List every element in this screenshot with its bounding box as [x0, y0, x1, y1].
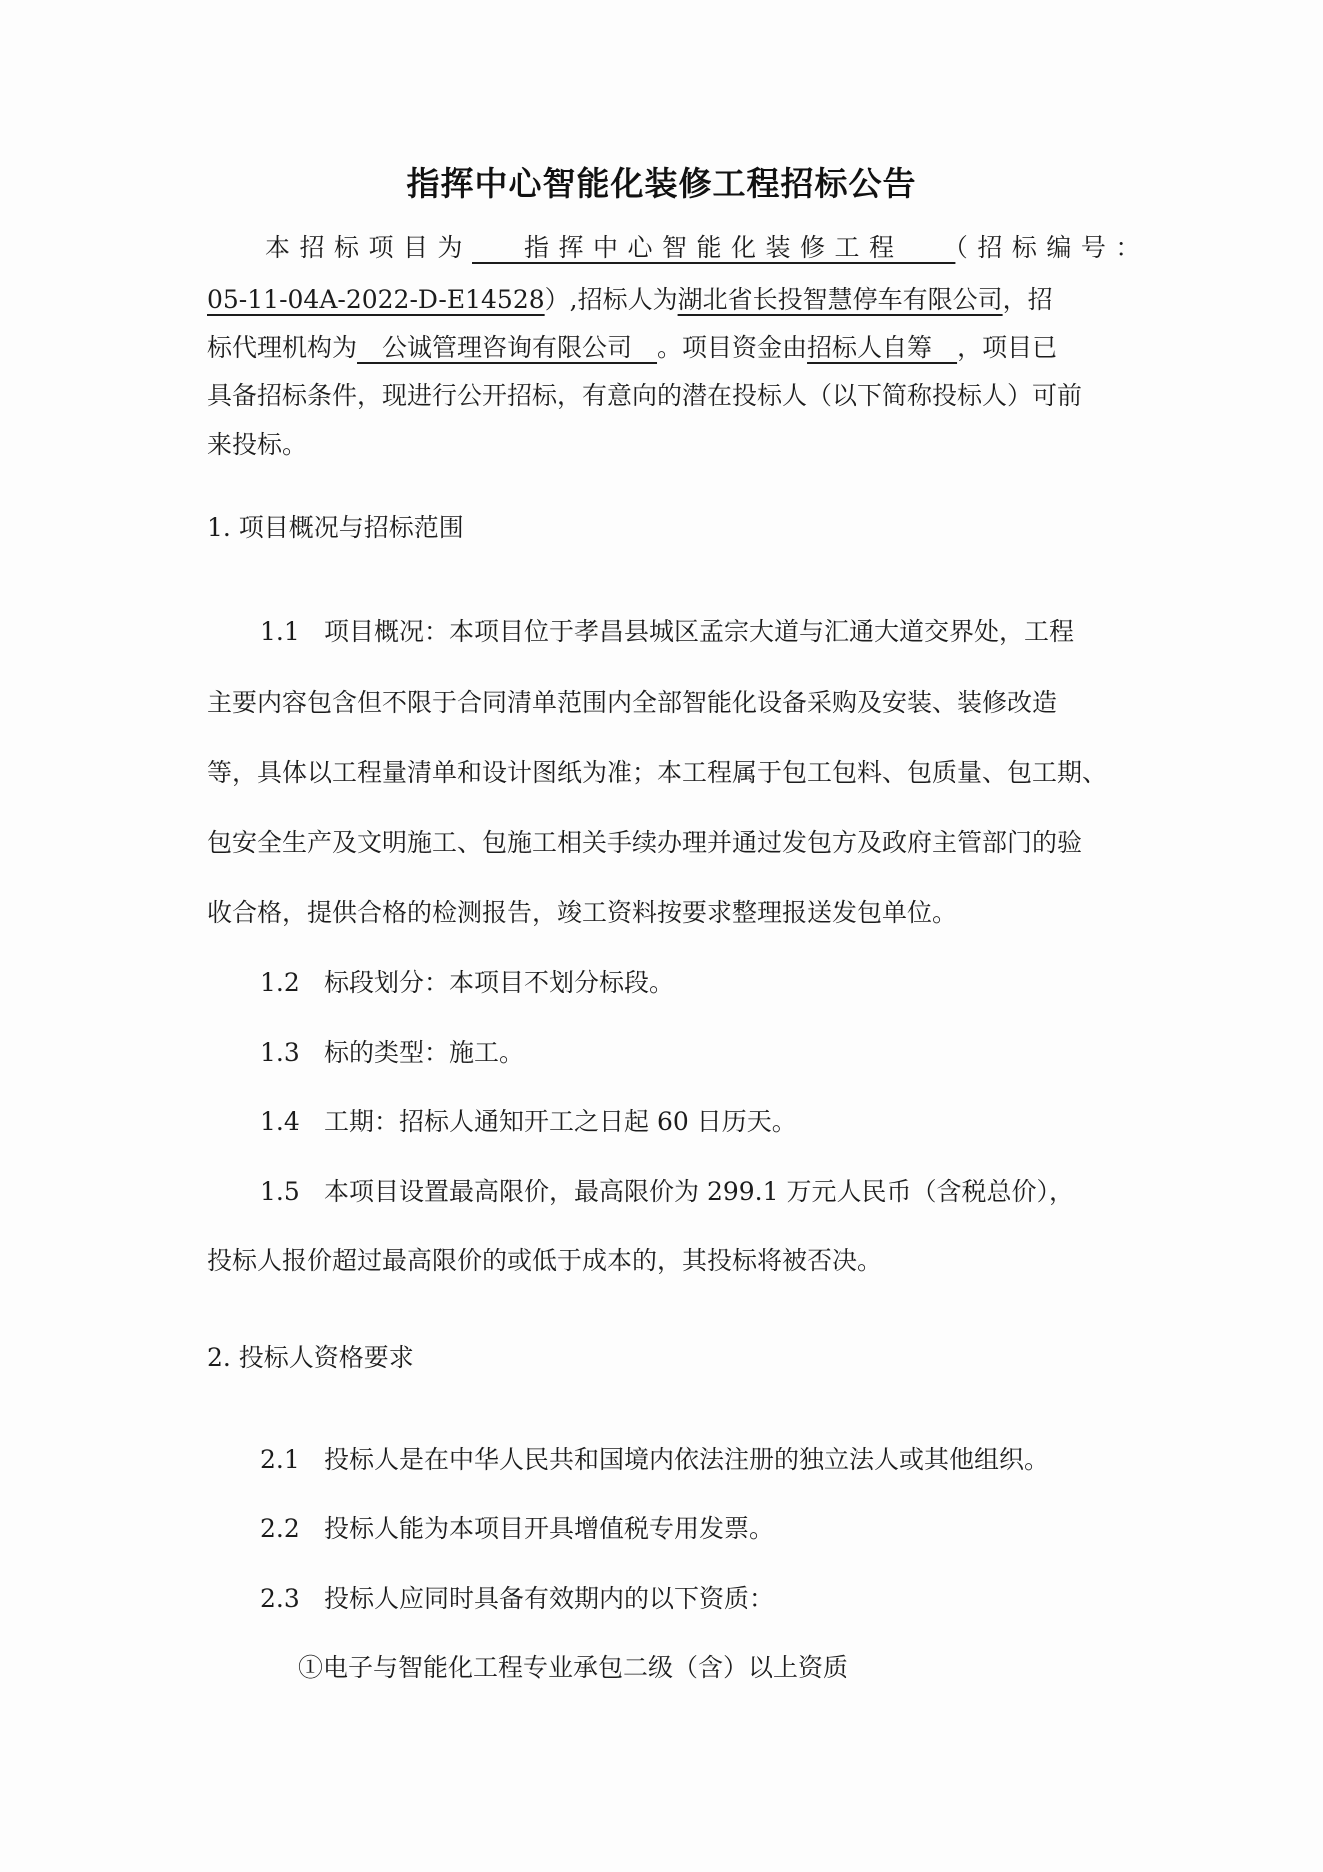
item-1-2: 1.2标段划分：本项目不划分标段。 [260, 963, 674, 999]
item-1-5-line-2: 投标人报价超过最高限价的或低于成本的，其投标将被否决。 [207, 1241, 882, 1277]
intro-text: 本招标项目为 [265, 233, 472, 262]
intro-text: 标代理机构为 [207, 333, 357, 362]
item-text: 投标人是在中华人民共和国境内依法注册的独立法人或其他组织。 [324, 1445, 1049, 1474]
intro-line-5: 来投标。 [207, 425, 307, 461]
intro-line-3: 标代理机构为 公诚管理咨询有限公司 。项目资金由招标人自筹 ，项目已 [207, 328, 1057, 364]
item-2-1: 2.1投标人是在中华人民共和国境内依法注册的独立法人或其他组织。 [260, 1440, 1049, 1476]
item-1-4: 1.4工期：招标人通知开工之日起 60 日历天。 [260, 1102, 797, 1138]
item-1-1-line-3: 等，具体以工程量清单和设计图纸为准；本工程属于包工包料、包质量、包工期、 [207, 753, 1107, 789]
qualification-item-1: ①电子与智能化工程专业承包二级（含）以上资质 [298, 1648, 848, 1684]
item-text: 投标人应同时具备有效期内的以下资质： [324, 1584, 774, 1613]
intro-line-2: 05-11-04A-2022-D-E14528）,招标人为湖北省长投智慧停车有限… [207, 280, 1053, 316]
document-page: 指挥中心智能化装修工程招标公告 本招标项目为 指挥中心智能化装修工程 （招标编号… [0, 0, 1323, 1872]
tender-code: 05-11-04A-2022-D-E14528 [207, 285, 545, 314]
intro-line-1: 本招标项目为 指挥中心智能化装修工程 （招标编号： [265, 228, 1150, 264]
item-2-3: 2.3投标人应同时具备有效期内的以下资质： [260, 1579, 774, 1615]
intro-text: ，项目已 [957, 333, 1057, 362]
item-2-2: 2.2投标人能为本项目开具增值税专用发票。 [260, 1509, 774, 1545]
agency-name: 公诚管理咨询有限公司 [357, 333, 657, 362]
item-text: 项目概况：本项目位于孝昌县城区孟宗大道与汇通大道交界处，工程 [324, 617, 1074, 646]
document-title: 指挥中心智能化装修工程招标公告 [0, 158, 1323, 205]
item-number: 1.1 [260, 617, 324, 646]
item-1-3: 1.3标的类型：施工。 [260, 1033, 524, 1069]
item-number: 1.3 [260, 1038, 324, 1067]
item-number: 2.3 [260, 1584, 324, 1613]
project-name: 指挥中心智能化装修工程 [472, 233, 955, 262]
item-1-1-line-4: 包安全生产及文明施工、包施工相关手续办理并通过发包方及政府主管部门的验 [207, 823, 1082, 859]
section-2-heading: 2. 投标人资格要求 [207, 1338, 414, 1374]
item-text: 标段划分：本项目不划分标段。 [324, 968, 674, 997]
intro-text: ）,招标人为 [545, 285, 678, 314]
item-1-1-line-5: 收合格，提供合格的检测报告，竣工资料按要求整理报送发包单位。 [207, 893, 957, 929]
intro-text: ，招 [1003, 285, 1053, 314]
intro-text: （招标编号： [955, 233, 1150, 262]
item-number: 2.1 [260, 1445, 324, 1474]
item-text: 工期：招标人通知开工之日起 60 日历天。 [324, 1107, 797, 1136]
item-1-1-line-2: 主要内容包含但不限于合同清单范围内全部智能化设备采购及安装、装修改造 [207, 683, 1057, 719]
item-1-1: 1.1项目概况：本项目位于孝昌县城区孟宗大道与汇通大道交界处，工程 [260, 612, 1074, 648]
section-1-heading: 1. 项目概况与招标范围 [207, 508, 464, 544]
item-number: 1.4 [260, 1107, 324, 1136]
tenderee-name: 湖北省长投智慧停车有限公司 [678, 285, 1003, 314]
item-1-5: 1.5本项目设置最高限价，最高限价为 299.1 万元人民币（含税总价）， [260, 1172, 1074, 1208]
intro-text: 。项目资金由 [657, 333, 807, 362]
item-number: 2.2 [260, 1514, 324, 1543]
fund-source: 招标人自筹 [807, 333, 957, 362]
item-number: 1.5 [260, 1177, 324, 1206]
item-text: 本项目设置最高限价，最高限价为 299.1 万元人民币（含税总价）， [324, 1177, 1074, 1206]
item-number: 1.2 [260, 968, 324, 997]
item-text: 投标人能为本项目开具增值税专用发票。 [324, 1514, 774, 1543]
intro-line-4: 具备招标条件，现进行公开招标，有意向的潜在投标人（以下简称投标人）可前 [207, 376, 1082, 412]
item-text: 标的类型：施工。 [324, 1038, 524, 1067]
